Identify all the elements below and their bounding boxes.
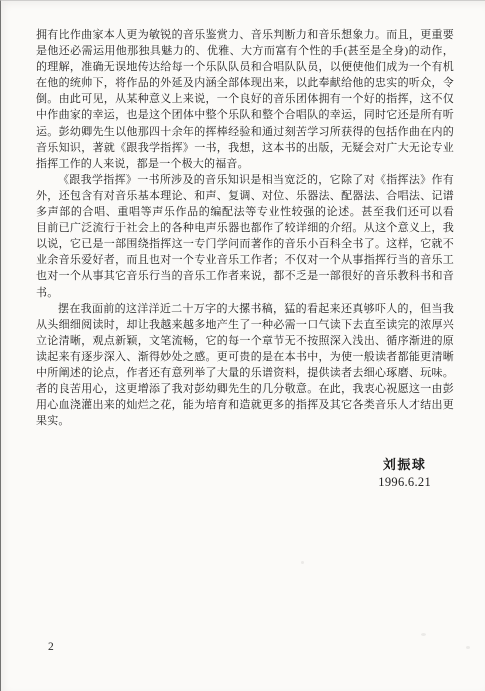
text-line: 中所阐述的论点，作者还有意列举了大量的乐谱资料，提供读者去细心琢磨、玩味。由此可… <box>36 365 454 381</box>
document-body: 拥有比作曲家本人更为敏锐的音乐鉴赏力、音乐判断力和音乐想象力。而且，更重要也更难… <box>36 27 454 429</box>
signature-name: 刘振球 <box>383 454 427 473</box>
text-line: 果实。 <box>36 413 454 429</box>
scan-speck <box>466 646 470 649</box>
text-line: 《跟我学指挥》一书所涉及的音乐知识是相当宽泛的，它除了对《指挥法》作有专门的论述 <box>36 172 454 188</box>
scan-speck <box>421 633 426 636</box>
text-line: 在他的统帅下，将作品的外延及内涵全部体现出来，以此奉献给他的忠实的听众，令听众为… <box>36 75 454 91</box>
text-line: 倒。由此可见，从某种意义上来说，一个良好的音乐团体拥有一个好的指挥，这不仅是这个… <box>36 91 454 107</box>
text-line: 目前已广泛流行于社会上的各种电声乐器也都作了较详细的介绍。从这个意义上，我们是否… <box>36 220 454 236</box>
scanned-document-page: 拥有比作曲家本人更为敏锐的音乐鉴赏力、音乐判断力和音乐想象力。而且，更重要也更难… <box>0 0 485 691</box>
text-line: 指挥工作的人来说，都是一个极大的福音。 <box>36 156 454 172</box>
text-line: 者的良苦用心，这更增添了我对彭幼卿先生的几分敬意。在此，我衷心祝愿这一由彭幼卿先… <box>36 381 454 397</box>
text-line: 多声部的合唱、重唱等声乐作品的编配法等专业性较强的论述。甚至我们还可以看到，作者… <box>36 204 454 220</box>
text-line: 用心血浇灌出来的灿烂之花，能为培育和造就更多的指挥及其它各类音乐人才结出更加丰硕… <box>36 397 454 413</box>
text-line: 中作曲家的幸运，也是这个团体中整个乐队和整个合唱队的幸运，同时它还是所有听众的幸 <box>36 107 454 123</box>
text-line: 是他还必需运用他那独具魅力的、优雅、大方而富有个性的手(甚至是全身)的动作，将他… <box>36 43 454 59</box>
text-line: 外，还包含有对音乐基本理论、和声、复调、对位、乐器法、配器法、合唱法、记谱法、读… <box>36 188 454 204</box>
text-line: 拥有比作曲家本人更为敏锐的音乐鉴赏力、音乐判断力和音乐想象力。而且，更重要也更难… <box>36 27 454 43</box>
text-line: 书。 <box>36 285 454 301</box>
signature-block: 刘振球 1996.6.21 <box>378 454 431 490</box>
text-line: 立论清晰，观点新颖，文笔流畅，它的每一个章节无不按照深入浅出、循序渐进的原则进行… <box>36 333 454 349</box>
scan-speck <box>301 561 304 564</box>
text-line: 从头细细阅读时，却让我越来越多地产生了一种必需一口气读下去直至读完的浓厚兴趣。全… <box>36 317 454 333</box>
text-line: 业余音乐爱好者，而且也对一个专业音乐工作者；不仅对一个从事指挥行当的音乐工作者，… <box>36 252 454 268</box>
text-line: 音乐知识，著就《跟我学指挥》一书，我想，这本书的出版，无疑会对广大无论专业或是业… <box>36 140 454 156</box>
page-number: 2 <box>48 641 54 653</box>
text-line: 也对一个从事其它音乐行当的音乐工作者来说，都不乏是一部很好的音乐教科书和音乐工具 <box>36 268 454 284</box>
text-line: 读起来有逐步深入、渐得妙处之感。更可贵的是在本书中，为使一般读者都能更清晰地懂得… <box>36 349 454 365</box>
signature-date: 1996.6.21 <box>378 475 431 490</box>
text-line: 摆在我面前的这洋洋近二十万字的大摞书稿，猛的看起来还真够吓人的，但当我静下心来 <box>36 301 454 317</box>
text-line: 的理解，准确无误地传达给每一个乐队队员和合唱队队员，以便使他们成为一个有机的整体… <box>36 59 454 75</box>
text-line: 以说，它已是一部围绕指挥这一专门学问而著作的音乐小百科全书了。这样，它就不仅对一… <box>36 236 454 252</box>
text-line: 运。彭幼卿先生以他那四十余年的挥棒经验和通过刻苦学习所获得的包括作曲在内的渊博的 <box>36 124 454 140</box>
